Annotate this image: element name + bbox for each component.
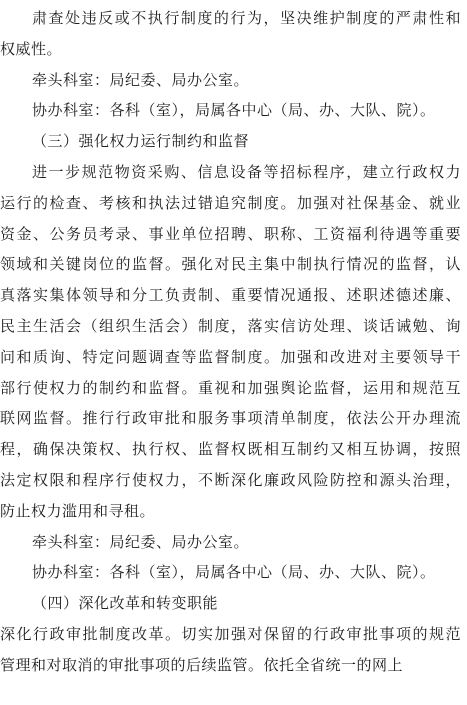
text-line: 防止权力滥用和寻租。	[0, 496, 461, 527]
text-line: 联网监督。推行行政审批和服务事项清单制度，依法公开办理流	[0, 403, 461, 434]
text-line: 协办科室：各科（室），局属各中心（局、办、大队、院）。	[0, 95, 461, 126]
text-line: 深化行政审批制度改革。切实加强对保留的行政审批事项的规范	[0, 619, 461, 650]
text-line: 肃查处违反或不执行制度的行为，坚决维护制度的严肃性和	[0, 3, 461, 34]
text-line: 牵头科室：局纪委、局办公室。	[0, 527, 461, 558]
text-line: 问和质询、特定问题调查等监督制度。加强和改进对主要领导干	[0, 342, 461, 373]
text-line: 部行使权力的制约和监督。重视和加强舆论监督，运用和规范互	[0, 373, 461, 404]
text-line: 进一步规范物资采购、信息设备等招标程序，建立行政权力	[0, 157, 461, 188]
text-line: 民主生活会（组织生活会）制度，落实信访处理、谈话诫勉、询	[0, 311, 461, 342]
text-line: 资金、公务员考录、事业单位招聘、职称、工资福利待遇等重要	[0, 219, 461, 250]
text-line: （四）深化改革和转变职能	[0, 588, 461, 619]
text-line: 运行的检查、考核和执法过错追究制度。加强对社保基金、就业	[0, 188, 461, 219]
text-line: 法定权限和程序行使权力，不断深化廉政风险防控和源头治理，	[0, 465, 461, 496]
text-line: （三）强化权力运行制约和监督	[0, 126, 461, 157]
text-line: 真落实集体领导和分工负责制、重要情况通报、述职述德述廉、	[0, 280, 461, 311]
text-line: 领域和关键岗位的监督。强化对民主集中制执行情况的监督，认	[0, 249, 461, 280]
text-line: 权威性。	[0, 34, 461, 65]
document-text-block: 肃查处违反或不执行制度的行为，坚决维护制度的严肃性和权威性。牵头科室：局纪委、局…	[0, 0, 467, 681]
text-line: 管理和对取消的审批事项的后续监管。依托全省统一的网上	[0, 650, 461, 681]
text-line: 牵头科室：局纪委、局办公室。	[0, 65, 461, 96]
document-page: 肃查处违反或不执行制度的行为，坚决维护制度的严肃性和权威性。牵头科室：局纪委、局…	[0, 0, 467, 705]
text-line: 协办科室：各科（室），局属各中心（局、办、大队、院）。	[0, 557, 461, 588]
text-line: 程，确保决策权、执行权、监督权既相互制约又相互协调，按照	[0, 434, 461, 465]
